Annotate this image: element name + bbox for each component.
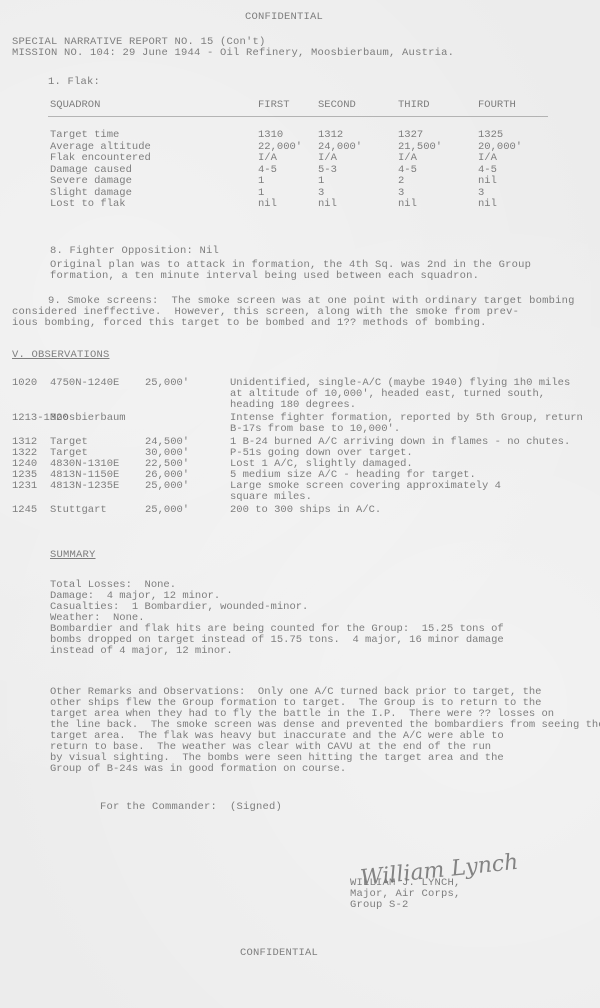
table-header-cell: SECOND [318, 100, 356, 111]
table-row-label: Damage caused [50, 165, 132, 176]
table-cell: nil [478, 176, 497, 187]
observation-place: Moosbierbaum [50, 413, 126, 424]
table-row-label: Flak encountered [50, 153, 151, 164]
table-cell: 3 [478, 188, 484, 199]
table-cell: 3 [398, 188, 404, 199]
table-cell: 22,000' [258, 142, 302, 153]
classification-top: CONFIDENTIAL [245, 12, 323, 23]
observation-place: Stuttgart [50, 505, 107, 516]
observation-time: 1020 [12, 378, 37, 389]
observation-text: 200 to 300 ships in A/C. [230, 505, 381, 516]
table-cell: 5-3 [318, 165, 337, 176]
table-cell: I/A [398, 153, 417, 164]
summary-heading: SUMMARY [50, 550, 96, 561]
observation-altitude: 25,000' [145, 378, 189, 389]
table-row-label: Target time [50, 130, 119, 141]
document-page: CONFIDENTIAL SPECIAL NARRATIVE REPORT NO… [0, 0, 600, 1008]
flak-section-label: 1. Flak: [48, 77, 100, 88]
table-cell: I/A [478, 153, 497, 164]
signer-unit: Group S-2 [350, 900, 409, 911]
classification-bottom: CONFIDENTIAL [240, 948, 318, 959]
table-cell: 1310 [258, 130, 283, 141]
table-cell: 4-5 [478, 165, 497, 176]
observation-place: 4750N-1240E [50, 378, 119, 389]
closing-line: For the Commander: (Signed) [100, 802, 282, 813]
table-cell: 2 [398, 176, 404, 187]
table-header-cell: THIRD [398, 100, 430, 111]
table-cell: 4-5 [258, 165, 277, 176]
table-row-label: Severe damage [50, 176, 132, 187]
table-row-label: Average altitude [50, 142, 151, 153]
observation-altitude: 25,000' [145, 481, 189, 492]
table-cell: nil [398, 199, 417, 210]
table-cell: 4-5 [398, 165, 417, 176]
table-cell: 20,000' [478, 142, 522, 153]
mission-line: MISSION NO. 104: 29 June 1944 - Oil Refi… [12, 48, 454, 59]
table-cell: nil [318, 199, 337, 210]
table-header-cell: FIRST [258, 100, 290, 111]
para-8-heading: 8. Fighter Opposition: Nil [50, 246, 219, 257]
table-header-cell: FOURTH [478, 100, 516, 111]
table-cell: 1 [258, 176, 264, 187]
table-cell: 3 [318, 188, 324, 199]
table-header-rule [48, 116, 548, 117]
table-cell: 1 [258, 188, 264, 199]
observation-time: 1231 [12, 481, 37, 492]
table-cell: 1312 [318, 130, 343, 141]
table-cell: 1327 [398, 130, 423, 141]
table-cell: I/A [318, 153, 337, 164]
table-cell: 24,000' [318, 142, 362, 153]
table-cell: nil [478, 199, 497, 210]
para-9-line3: ious bombing, forced this target to be b… [12, 318, 487, 329]
table-cell: 1 [318, 176, 324, 187]
observation-text: B-17s from base to 10,000'. [230, 424, 400, 435]
table-cell: 1325 [478, 130, 503, 141]
table-cell: I/A [258, 153, 277, 164]
observation-text: square miles. [230, 492, 312, 503]
observation-altitude: 25,000' [145, 505, 189, 516]
table-header-cell: SQUADRON [50, 100, 100, 111]
table-row-label: Slight damage [50, 188, 132, 199]
para-8-line2: formation, a ten minute interval being u… [50, 271, 479, 282]
observation-time: 1245 [12, 505, 37, 516]
table-cell: 21,500' [398, 142, 442, 153]
observation-place: 4813N-1235E [50, 481, 119, 492]
summary-line: instead of 4 major, 12 minor. [50, 646, 233, 657]
remarks-line: Group of B-24s was in good formation on … [50, 764, 346, 775]
table-row-label: Lost to flak [50, 199, 126, 210]
observations-heading: V. OBSERVATIONS [12, 350, 110, 361]
table-cell: nil [258, 199, 277, 210]
observation-text: heading 180 degrees. [230, 400, 356, 411]
